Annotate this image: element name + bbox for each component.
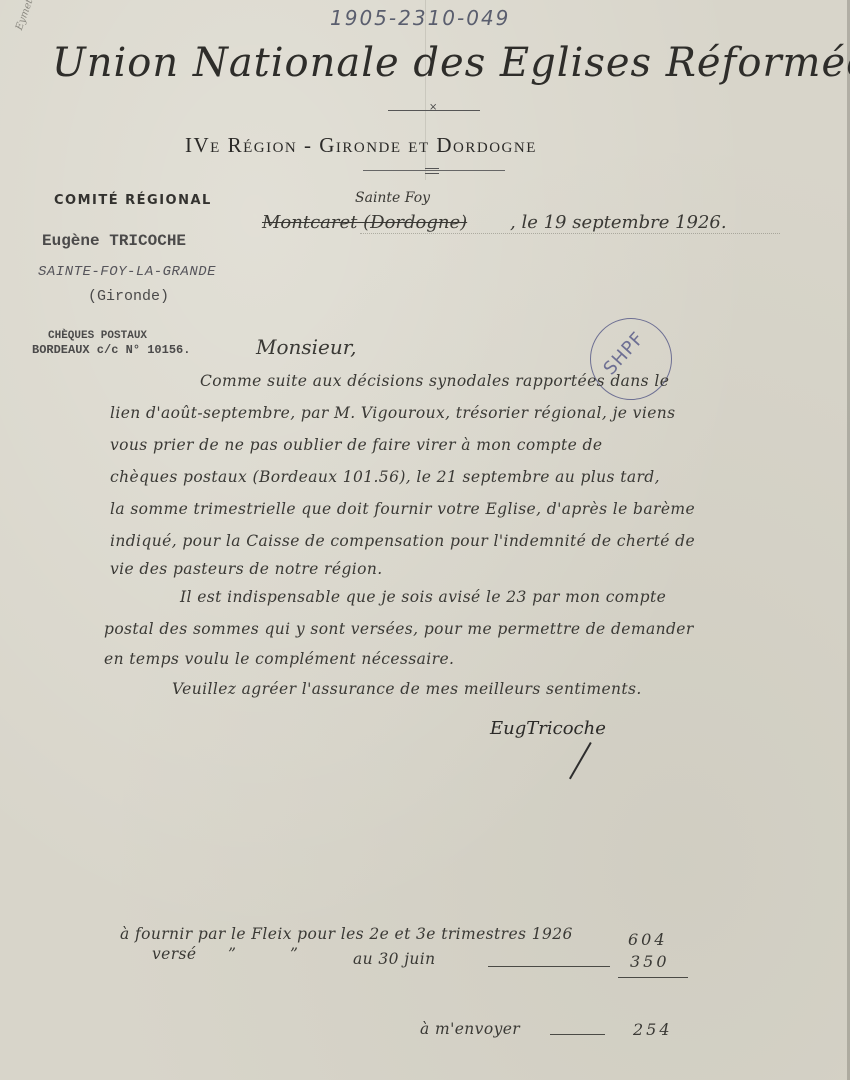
archive-reference: 1905-2310-049 (330, 6, 510, 30)
signature-flourish (569, 742, 592, 779)
body-line: en temps voulu le complément nécessaire. (104, 650, 454, 668)
tally-sum-rule (618, 977, 688, 978)
tally-ditto-mark: ” (228, 945, 236, 963)
ornament-divider (363, 170, 505, 171)
tally-line-3-label: à m'envoyer (420, 1020, 520, 1038)
postal-account-stamp-line-2: BORDEAUX c/c N° 10156. (32, 343, 190, 357)
signature: EugTricoche (490, 718, 606, 739)
body-line: indiqué, pour la Caisse de compensation … (110, 532, 695, 550)
letterhead-title: Union Nationale des Eglises Réformées (52, 40, 850, 86)
committee-label: COMITÉ RÉGIONAL (54, 193, 212, 208)
body-line: lien d'août-septembre, par M. Vigouroux,… (110, 404, 676, 422)
body-line: chèques postaux (Bordeaux 101.56), le 21… (110, 468, 660, 486)
tally-line-1-value: 604 (628, 930, 668, 949)
body-line: Il est indispensable que je sois avisé l… (180, 588, 666, 606)
dateline-place-inserted: Sainte Foy (355, 190, 430, 206)
tally-line-2-label: versé (152, 945, 196, 963)
letterhead-region: IVe Région - Gironde et Dordogne (185, 133, 537, 158)
body-line: vous prier de ne pas oublier de faire vi… (110, 436, 602, 454)
tally-leader-line (488, 966, 610, 967)
tally-ditto-mark: ” (290, 945, 298, 963)
tally-line-2-value: 350 (630, 952, 670, 971)
tally-line-3-value: 254 (633, 1020, 673, 1039)
sender-stamp-name: Eugène TRICOCHE (42, 232, 186, 250)
ornament-divider (388, 110, 480, 111)
tally-leader-line (550, 1034, 605, 1035)
letter-page: 1905-2310-049 Eymet Union Nationale des … (0, 0, 850, 1080)
body-line-closing: Veuillez agréer l'assurance de mes meill… (172, 680, 642, 698)
body-line: vie des pasteurs de notre région. (110, 560, 383, 578)
body-line: Comme suite aux décisions synodales rapp… (200, 372, 669, 390)
salutation: Monsieur, (256, 335, 357, 359)
body-line: postal des sommes qui y sont versées, po… (104, 620, 694, 638)
postal-account-stamp-line-1: CHÈQUES POSTAUX (48, 330, 147, 342)
dateline-date: , le 19 septembre 1926. (510, 212, 727, 233)
dateline-dotted-rule (360, 233, 780, 234)
tally-line-1-label: à fournir par le Fleix pour les 2e et 3e… (120, 925, 573, 943)
tally-line-2-date: au 30 juin (353, 950, 436, 968)
margin-pencil-note: Eymet (14, 0, 35, 32)
body-line: la somme trimestrielle que doit fournir … (110, 500, 695, 518)
dateline-place-struck: Montcaret (Dordogne) (262, 212, 467, 233)
sender-stamp-city: SAINTE-FOY-LA-GRANDE (38, 264, 216, 280)
sender-stamp-department: (Gironde) (88, 288, 169, 305)
